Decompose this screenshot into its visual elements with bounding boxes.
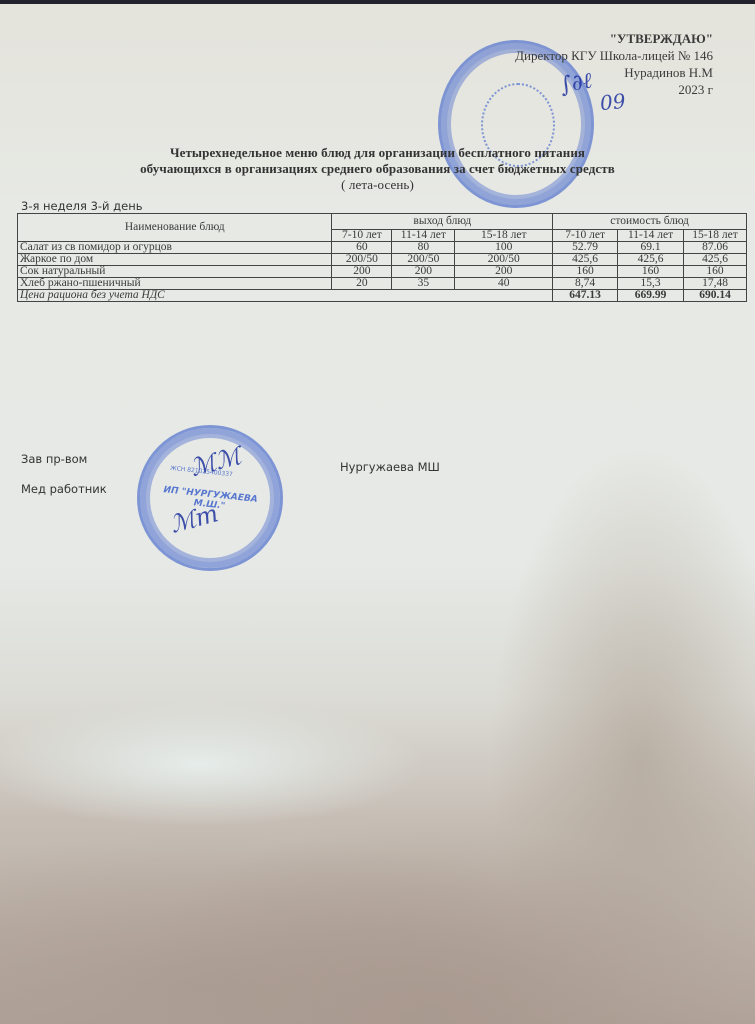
cost-cell: 425,6 xyxy=(553,254,618,266)
cost-cell: 160 xyxy=(618,266,684,278)
signer-name: Нургужаева МШ xyxy=(340,460,440,474)
cost-cell: 69.1 xyxy=(618,242,684,254)
director-signature: ∫∂ℓ xyxy=(558,67,594,98)
approval-name: Нурадинов Н.М xyxy=(515,64,713,81)
output-cell: 35 xyxy=(392,278,455,290)
output-cell: 200/50 xyxy=(455,254,553,266)
approval-position: Директор КГУ Школа-лицей № 146 xyxy=(515,47,713,64)
cost-cell: 160 xyxy=(553,266,618,278)
approval-title: "УТВЕРЖДАЮ" xyxy=(515,30,713,47)
header-age: 7-10 лет xyxy=(332,230,392,242)
week-day-label: 3-я неделя 3-й день xyxy=(21,199,143,213)
handwritten-date: 09 xyxy=(599,89,627,116)
total-cell: 690.14 xyxy=(684,290,747,302)
total-cell: 647.13 xyxy=(553,290,618,302)
output-cell: 40 xyxy=(455,278,553,290)
entrepreneur-stamp: ЖСН 821025400337 ИП "НУРГУЖАЕВА М.Ш." xyxy=(137,425,283,571)
cost-cell: 87.06 xyxy=(684,242,747,254)
output-cell: 80 xyxy=(392,242,455,254)
season-label: ( лета-осень) xyxy=(0,177,755,193)
role-production-head: Зав пр-вом xyxy=(21,452,87,466)
output-cell: 20 xyxy=(332,278,392,290)
output-cell: 200 xyxy=(332,266,392,278)
dish-name: Хлеб ржано-пшеничный xyxy=(18,278,332,290)
output-cell: 200/50 xyxy=(332,254,392,266)
total-cell: 669.99 xyxy=(618,290,684,302)
header-output: выход блюд xyxy=(332,214,553,230)
table-header-row: Наименование блюд выход блюд стоимость б… xyxy=(18,214,747,230)
dish-name: Сок натуральный xyxy=(18,266,332,278)
table-row: Жаркое по дом 200/50 200/50 200/50 425,6… xyxy=(18,254,747,266)
cost-cell: 15,3 xyxy=(618,278,684,290)
approval-block: "УТВЕРЖДАЮ" Директор КГУ Школа-лицей № 1… xyxy=(515,30,713,98)
title-line-1: Четырехнедельное меню блюд для организац… xyxy=(0,145,755,161)
role-medical-worker: Мед работник xyxy=(21,482,107,496)
dish-name: Салат из св помидор и огурцов xyxy=(18,242,332,254)
cost-cell: 160 xyxy=(684,266,747,278)
output-cell: 100 xyxy=(455,242,553,254)
header-age: 15-18 лет xyxy=(455,230,553,242)
table-row: Сок натуральный 200 200 200 160 160 160 xyxy=(18,266,747,278)
header-age: 15-18 лет xyxy=(684,230,747,242)
cost-cell: 8,74 xyxy=(553,278,618,290)
menu-table: Наименование блюд выход блюд стоимость б… xyxy=(17,213,747,302)
header-age: 11-14 лет xyxy=(392,230,455,242)
header-cost: стоимость блюд xyxy=(553,214,747,230)
cost-cell: 52.79 xyxy=(553,242,618,254)
cost-cell: 17,48 xyxy=(684,278,747,290)
output-cell: 60 xyxy=(332,242,392,254)
output-cell: 200/50 xyxy=(392,254,455,266)
cost-cell: 425,6 xyxy=(618,254,684,266)
header-dish-name: Наименование блюд xyxy=(18,214,332,242)
output-cell: 200 xyxy=(392,266,455,278)
title-line-2: обучающихся в организациях среднего обра… xyxy=(0,161,755,177)
total-label: Цена рациона без учета НДС xyxy=(18,290,553,302)
header-age: 7-10 лет xyxy=(553,230,618,242)
output-cell: 200 xyxy=(455,266,553,278)
cost-cell: 425,6 xyxy=(684,254,747,266)
document-title: Четырехнедельное меню блюд для организац… xyxy=(0,145,755,193)
table-row: Хлеб ржано-пшеничный 20 35 40 8,74 15,3 … xyxy=(18,278,747,290)
total-row: Цена рациона без учета НДС 647.13 669.99… xyxy=(18,290,747,302)
header-age: 11-14 лет xyxy=(618,230,684,242)
table-row: Салат из св помидор и огурцов 60 80 100 … xyxy=(18,242,747,254)
dish-name: Жаркое по дом xyxy=(18,254,332,266)
